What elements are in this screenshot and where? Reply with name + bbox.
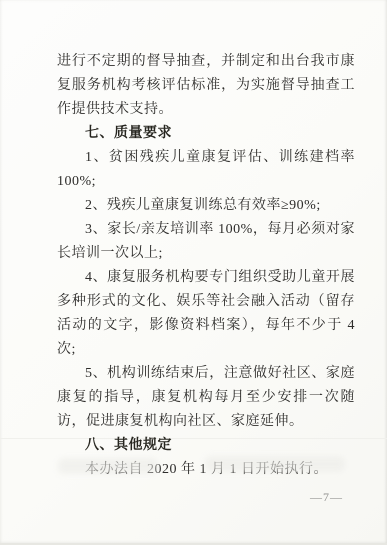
document-body: 进行不定期的督导抽查，并制定和出台我市康复服务机构考核评估标准，为实施督导抽查工… bbox=[57, 50, 355, 482]
continuation-paragraph: 进行不定期的督导抽查，并制定和出台我市康复服务机构考核评估标准，为实施督导抽查工… bbox=[57, 50, 355, 122]
quality-item-4: 4、康复服务机构要专门组织受助儿童开展多种形式的文化、娱乐等社会融入活动（留存活… bbox=[57, 266, 355, 362]
quality-item-5: 5、机构训练结束后，注意做好社区、家庭康复的指导，康复机构每月至少安排一次随访，… bbox=[57, 362, 355, 434]
page-number: —7— bbox=[310, 490, 343, 505]
section-heading-other-provisions: 八、其他规定 bbox=[57, 434, 355, 458]
quality-item-2: 2、残疾儿童康复训练总有效率≥90%; bbox=[57, 194, 355, 218]
ink-bleed-artifact-right bbox=[205, 456, 345, 472]
quality-item-3: 3、家长/亲友培训率 100%，每月必须对家长培训一次以上; bbox=[57, 218, 355, 266]
quality-item-1: 1、贫困残疾儿童康复评估、训练建档率 100%; bbox=[57, 146, 355, 194]
ink-bleed-artifact-left bbox=[58, 458, 158, 474]
scanned-document-page: 进行不定期的督导抽查，并制定和出台我市康复服务机构考核评估标准，为实施督导抽查工… bbox=[0, 0, 387, 545]
section-heading-quality-requirements: 七、质量要求 bbox=[57, 122, 355, 146]
